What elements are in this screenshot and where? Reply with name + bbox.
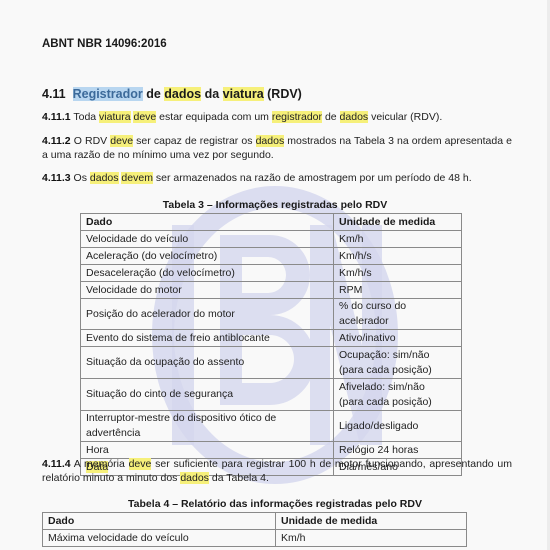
table-header-row: Dado Unidade de medida <box>81 214 462 231</box>
paragraph-number: 4.11.2 <box>42 135 71 147</box>
table-row: HoraRelógio 24 horas <box>81 442 462 459</box>
text-run: A memória <box>71 458 129 470</box>
table-row: Interruptor-mestre do dispositivo ótico … <box>81 411 462 442</box>
cell-unidade: RPM <box>334 282 462 299</box>
text-run: O RDV <box>71 135 111 147</box>
table-row: Evento do sistema de freio antiblocanteA… <box>81 330 462 347</box>
cell-dado: Evento do sistema de freio antiblocante <box>81 330 334 347</box>
text-run: veicular (RDV). <box>368 111 442 123</box>
cell-unidade: Ocupação: sim/não(para cada posição) <box>334 347 462 379</box>
table-3-caption: Tabela 3 – Informações registradas pelo … <box>0 199 550 211</box>
text-run: Toda <box>71 111 99 123</box>
cell-dado: Posição do acelerador do motor <box>81 299 334 330</box>
highlighted-term: deve <box>110 135 133 147</box>
table-header-row: Dado Unidade de medida <box>43 513 467 530</box>
column-header-unidade: Unidade de medida <box>334 214 462 231</box>
cell-dado: Hora <box>81 442 334 459</box>
cell-dado: Situação do cinto de segurança <box>81 379 334 411</box>
document-page: ABNT NBR 14096:2016 4.11 Registrador de … <box>0 0 550 550</box>
title-text: (RDV) <box>264 87 302 101</box>
highlighted-term: dados <box>164 87 201 101</box>
highlighted-term: registrador <box>272 111 322 123</box>
column-header-unidade: Unidade de medida <box>276 513 467 530</box>
column-header-dado: Dado <box>81 214 334 231</box>
table-row: Máxima velocidade do veículoKm/h <box>43 530 467 547</box>
table-row: Posição do acelerador do motor% do curso… <box>81 299 462 330</box>
cell-dado: Velocidade do veículo <box>81 231 334 248</box>
highlighted-term: devem <box>121 172 153 184</box>
cell-unidade: Ativo/inativo <box>334 330 462 347</box>
table-row: Velocidade do motorRPM <box>81 282 462 299</box>
paragraph-number: 4.11.4 <box>42 458 71 470</box>
highlighted-term: viatura <box>99 111 131 123</box>
cell-unidade: Km/h <box>276 530 467 547</box>
table-row: Velocidade do veículoKm/h <box>81 231 462 248</box>
highlighted-term: dados <box>340 111 369 123</box>
text-run: de <box>322 111 340 123</box>
cell-dado: Interruptor-mestre do dispositivo ótico … <box>81 411 334 442</box>
highlighted-term: deve <box>133 111 156 123</box>
paragraph-4-11-3: 4.11.3 Os dados devem ser armazenados na… <box>42 171 512 185</box>
section-title-text: Registrador de dados da viatura (RDV) <box>73 87 302 101</box>
cell-unidade: Ligado/desligado <box>334 411 462 442</box>
table-row: Situação da ocupação do assentoOcupação:… <box>81 347 462 379</box>
paragraph-text: Os dados devem ser armazenados na razão … <box>71 172 472 184</box>
highlighted-term: deve <box>129 458 152 470</box>
paragraph-text: A memória deve ser suficiente para regis… <box>42 458 512 484</box>
highlighted-term: dados <box>90 172 119 184</box>
column-header-dado: Dado <box>43 513 276 530</box>
text-run: ser capaz de registrar os <box>133 135 256 147</box>
paragraph-number: 4.11.1 <box>42 111 71 123</box>
text-run: estar equipada com um <box>156 111 272 123</box>
paragraph-4-11-4: 4.11.4 A memória deve ser suficiente par… <box>42 457 512 485</box>
table-row: Desaceleração (do velocímetro)Km/h/s <box>81 265 462 282</box>
cell-unidade: Km/h/s <box>334 248 462 265</box>
cell-unidade: Km/h <box>334 231 462 248</box>
cell-unidade: Afivelado: sim/não(para cada posição) <box>334 379 462 411</box>
cell-dado: Desaceleração (do velocímetro) <box>81 265 334 282</box>
cell-dado: Situação da ocupação do assento <box>81 347 334 379</box>
selected-term: Registrador <box>73 87 143 101</box>
cell-dado: Velocidade do motor <box>81 282 334 299</box>
table-row: Aceleração (do velocímetro)Km/h/s <box>81 248 462 265</box>
table-row: Situação do cinto de segurançaAfivelado:… <box>81 379 462 411</box>
table-4-caption: Tabela 4 – Relatório das informações reg… <box>0 498 550 510</box>
paragraph-4-11-2: 4.11.2 O RDV deve ser capaz de registrar… <box>42 134 512 162</box>
table-3: Dado Unidade de medida Velocidade do veí… <box>80 213 462 476</box>
text-run: Os <box>71 172 90 184</box>
paragraph-text: O RDV deve ser capaz de registrar os dad… <box>42 135 512 161</box>
standard-code: ABNT NBR 14096:2016 <box>42 38 167 50</box>
section-number: 4.11 <box>42 87 66 101</box>
section-title: 4.11 Registrador de dados da viatura (RD… <box>42 87 302 101</box>
paragraph-4-11-1: 4.11.1 Toda viatura deve estar equipada … <box>42 110 512 124</box>
cell-dado: Máxima velocidade do veículo <box>43 530 276 547</box>
highlighted-term: viatura <box>223 87 264 101</box>
text-run: ser armazenados na razão de amostragem p… <box>153 172 472 184</box>
text-run: da Tabela 4. <box>209 472 269 484</box>
table-4: Dado Unidade de medida Máxima velocidade… <box>42 512 467 547</box>
highlighted-term: dados <box>256 135 285 147</box>
paragraph-text: Toda viatura deve estar equipada com um … <box>71 111 443 123</box>
cell-unidade: % do curso do acelerador <box>334 299 462 330</box>
title-text: de <box>143 87 165 101</box>
title-text: da <box>201 87 223 101</box>
cell-dado: Aceleração (do velocímetro) <box>81 248 334 265</box>
paragraph-number: 4.11.3 <box>42 172 71 184</box>
cell-unidade: Km/h/s <box>334 265 462 282</box>
highlighted-term: dados <box>180 472 209 484</box>
cell-unidade: Relógio 24 horas <box>334 442 462 459</box>
